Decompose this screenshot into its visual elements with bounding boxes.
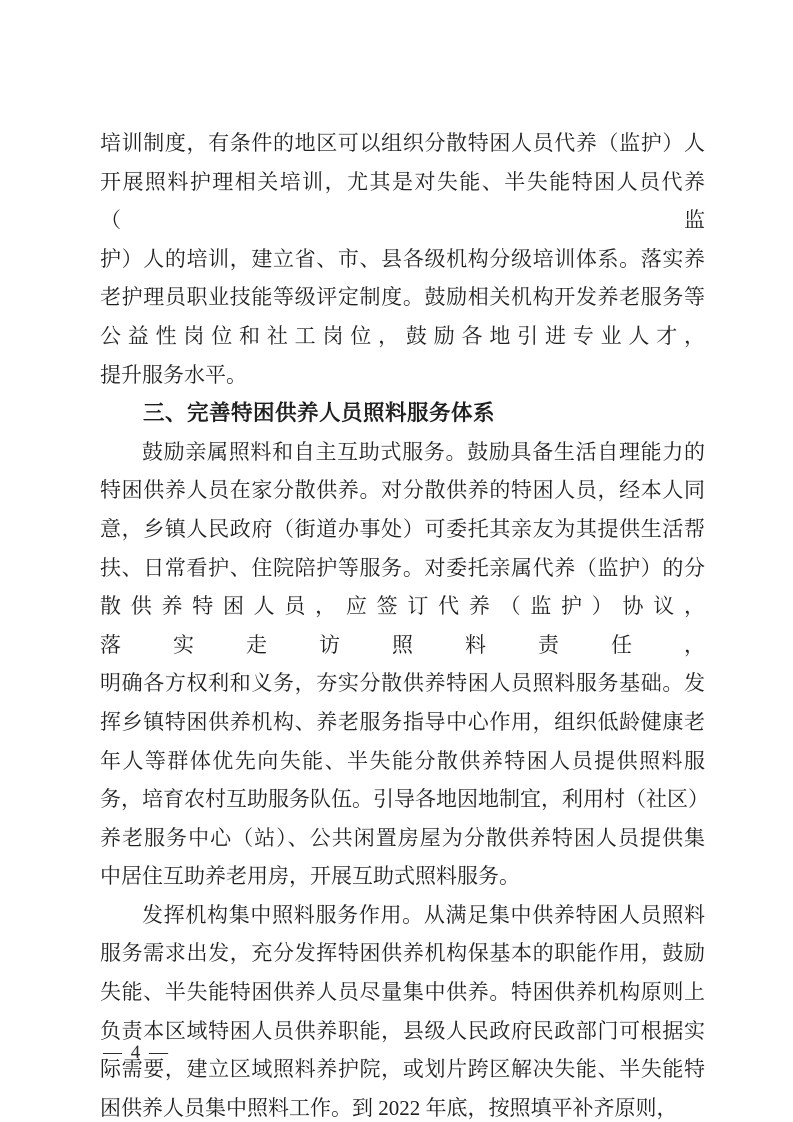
paragraph: 发挥机构集中照料服务作用。从满足集中供养特困人员照料服务需求出发，充分发挥特困供… — [100, 896, 705, 1122]
text-line: 务，培育农村互助服务队伍。引导各地因地制宜，利用村（社区） — [100, 780, 705, 819]
text-line: 挥乡镇特困供养机构、养老服务指导中心作用，组织低龄健康老 — [100, 703, 705, 742]
page-footer: — 4 — — [103, 1042, 170, 1064]
text-line: 扶、日常看护、住院陪护等服务。对委托亲属代养（监护）的分 — [100, 549, 705, 588]
text-line: 明确各方权利和义务，夯实分散供养特困人员照料服务基础。发 — [100, 664, 705, 703]
text-line: 际需要，建立区域照料养护院，或划片跨区解决失能、半失能特 — [100, 1050, 705, 1089]
text-line: 意，乡镇人民政府（街道办事处）可委托其亲友为其提供生活帮 — [100, 510, 705, 549]
paragraph: 鼓励亲属照料和自主互助式服务。鼓励具备生活自理能力的特困供养人员在家分散供养。对… — [100, 433, 705, 896]
text-line: 养老服务中心（站）、公共闲置房屋为分散供养特困人员提供集 — [100, 819, 705, 858]
text-line: 负责本区域特困人员供养职能，县级人民政府民政部门可根据实 — [100, 1012, 705, 1051]
text-line: 鼓励亲属照料和自主互助式服务。鼓励具备生活自理能力的 — [100, 433, 705, 472]
text-line: 服务需求出发，充分发挥特困供养机构保基本的职能作用，鼓励 — [100, 934, 705, 973]
text-line: 困供养人员集中照料工作。到 2022 年底，按照填平补齐原则， — [100, 1089, 705, 1122]
paragraph: 培训制度，有条件的地区可以组织分散特困人员代养（监护）人开展照料护理相关培训，尤… — [100, 124, 705, 394]
text-line: 中居住互助养老用房，开展互助式照料服务。 — [100, 857, 705, 896]
document-page: 培训制度，有条件的地区可以组织分散特困人员代养（监护）人开展照料护理相关培训，尤… — [0, 0, 793, 1122]
heading-text-line: 三、完善特困供养人员照料服务体系 — [100, 394, 705, 433]
text-line: 培训制度，有条件的地区可以组织分散特困人员代养（监护）人 — [100, 124, 705, 163]
section-heading: 三、完善特困供养人员照料服务体系 — [100, 394, 705, 433]
text-line: 散供养特困人员，应签订代养（监护）协议，落实走访照料责任， — [100, 587, 705, 664]
document-content: 培训制度，有条件的地区可以组织分散特困人员代养（监护）人开展照料护理相关培训，尤… — [100, 124, 705, 1122]
text-line: 发挥机构集中照料服务作用。从满足集中供养特困人员照料 — [100, 896, 705, 935]
page-number: — 4 — — [103, 1042, 170, 1063]
text-line: 开展照料护理相关培训，尤其是对失能、半失能特困人员代养（监 — [100, 163, 705, 240]
text-line: 老护理员职业技能等级评定制度。鼓励相关机构开发养老服务等 — [100, 278, 705, 317]
text-line: 公益性岗位和社工岗位，鼓励各地引进专业人才，提升服务水平。 — [100, 317, 705, 394]
text-line: 护）人的培训，建立省、市、县各级机构分级培训体系。落实养 — [100, 240, 705, 279]
text-line: 年人等群体优先向失能、半失能分散供养特困人员提供照料服 — [100, 742, 705, 781]
text-line: 特困供养人员在家分散供养。对分散供养的特困人员，经本人同 — [100, 471, 705, 510]
text-line: 失能、半失能特困供养人员尽量集中供养。特困供养机构原则上 — [100, 973, 705, 1012]
